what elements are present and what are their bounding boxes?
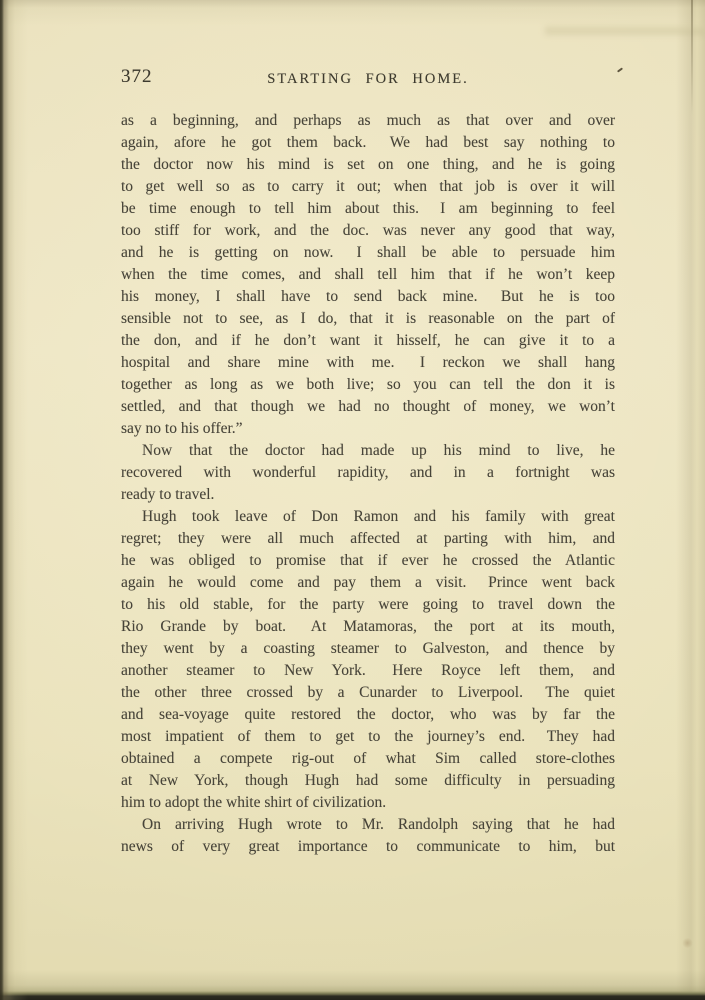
- text-line: the don, and if he don’t want it hisself…: [121, 330, 615, 352]
- text-line: recovered with wonderful rapidity, and i…: [121, 462, 615, 484]
- text-line: the doctor now his mind is set on one th…: [121, 154, 615, 176]
- text-line: at New York, though Hugh had some diffic…: [121, 770, 615, 792]
- text-line: him to adopt the white shirt of civiliza…: [121, 792, 615, 814]
- text-line: and he is getting on now. I shall be abl…: [121, 242, 615, 264]
- paper-stain: [682, 938, 693, 948]
- text-line: ready to travel.: [121, 484, 615, 506]
- paragraph: Hugh took leave of Don Ramon and his fam…: [121, 506, 615, 814]
- text-line: the other three crossed by a Cunarder to…: [121, 682, 615, 704]
- page-curl-highlight: [545, 26, 705, 35]
- text-line: again he would come and pay them a visit…: [121, 572, 615, 594]
- text-line: and sea-voyage quite restored the doctor…: [121, 704, 615, 726]
- text-line: too stiff for work, and the doc. was nev…: [121, 220, 615, 242]
- running-title: STARTING FOR HOME.: [121, 71, 615, 88]
- text-line: On arriving Hugh wrote to Mr. Randolph s…: [121, 814, 615, 836]
- text-line: Hugh took leave of Don Ramon and his fam…: [121, 506, 615, 528]
- text-line: Now that the doctor had made up his mind…: [121, 440, 615, 462]
- text-line: as a beginning, and perhaps as much as t…: [121, 110, 615, 132]
- text-line: they went by a coasting steamer to Galve…: [121, 638, 615, 660]
- text-line: obtained a compete rig-out of what Sim c…: [121, 748, 615, 770]
- text-line: be time enough to tell him about this. I…: [121, 198, 615, 220]
- text-line: together as long as we both live; so you…: [121, 374, 615, 396]
- text-line: again, afore he got them back. We had be…: [121, 132, 615, 154]
- text-line: Rio Grande by boat. At Matamoras, the po…: [121, 616, 615, 638]
- text-line: his money, I shall have to send back min…: [121, 286, 615, 308]
- text-line: sensible not to see, as I do, that it is…: [121, 308, 615, 330]
- text-line: to his old stable, for the party were go…: [121, 594, 615, 616]
- text-line: news of very great importance to communi…: [121, 836, 615, 858]
- text-line: when the time comes, and shall tell him …: [121, 264, 615, 286]
- text-line: he was obliged to promise that if ever h…: [121, 550, 615, 572]
- text-line: settled, and that though we had no thoug…: [121, 396, 615, 418]
- text-line: say no to his offer.”: [121, 418, 615, 440]
- text-line: another steamer to New York. Here Royce …: [121, 660, 615, 682]
- text-line: most impatient of them to get to the jou…: [121, 726, 615, 748]
- paragraph: Now that the doctor had made up his mind…: [121, 440, 615, 506]
- text-line: hospital and share mine with me. I recko…: [121, 352, 615, 374]
- text-line: to get well so as to carry it out; when …: [121, 176, 615, 198]
- paragraph: On arriving Hugh wrote to Mr. Randolph s…: [121, 814, 615, 858]
- page-crease: [691, 0, 693, 115]
- ink-speck: [617, 67, 623, 72]
- text-line: regret; they were all much affected at p…: [121, 528, 615, 550]
- paragraph: as a beginning, and perhaps as much as t…: [121, 110, 615, 440]
- page-text: as a beginning, and perhaps as much as t…: [121, 110, 615, 858]
- book-page-scan: 372 STARTING FOR HOME. as a beginning, a…: [0, 0, 705, 1000]
